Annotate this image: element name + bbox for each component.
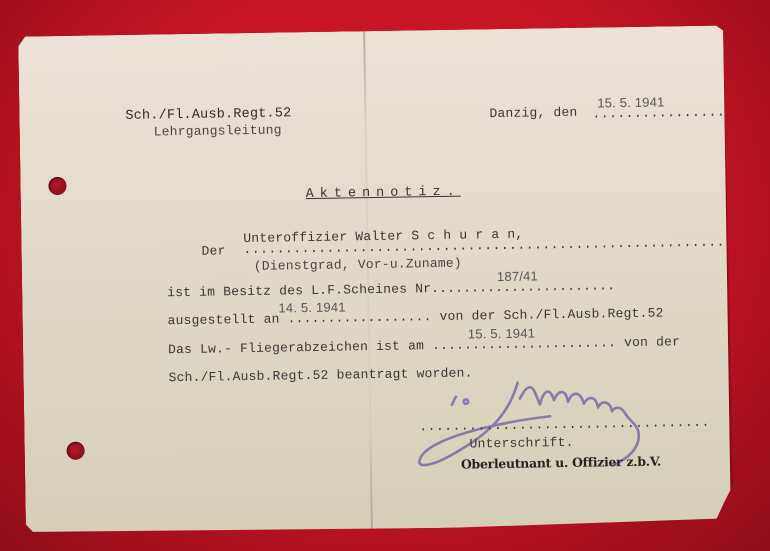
place-prefix: Danzig, den [489,105,577,121]
line2-text: ist im Besitz des L.F.Scheines Nr.......… [167,278,615,300]
header-unit: Sch./Fl.Ausb.Regt.52 [125,106,291,124]
line1-label: Der [201,243,225,258]
line1-hint: (Dienstgrad, Vor-u.Zuname) [254,256,462,274]
line3-text: ausgestellt an .................. von de… [167,305,663,328]
punch-hole-bottom [67,442,85,460]
header-department: Lehrgangsleitung [154,122,282,139]
line4-text: Das Lw.- Fliegerabzeichen ist am .......… [168,334,680,357]
document-title: Aktennotiz. [306,185,461,202]
signature-label: Unterschrift. [469,435,573,452]
line4-value-badge-date: 15. 5. 1941 [468,325,535,341]
line3-value-issue-date: 14. 5. 1941 [278,299,345,315]
rank-stamp: Oberleutnant u. Offizier z.b.V. [461,454,661,472]
punch-hole-top [48,177,66,195]
paper-fold-crease [363,31,373,529]
header-date-dots: ................. [592,104,733,121]
signature-dots: ................................... [419,415,710,435]
line2-value-license-number: 187/41 [497,268,538,284]
document-paper: Sch./Fl.Ausb.Regt.52 Lehrgangsleitung Da… [18,25,731,534]
